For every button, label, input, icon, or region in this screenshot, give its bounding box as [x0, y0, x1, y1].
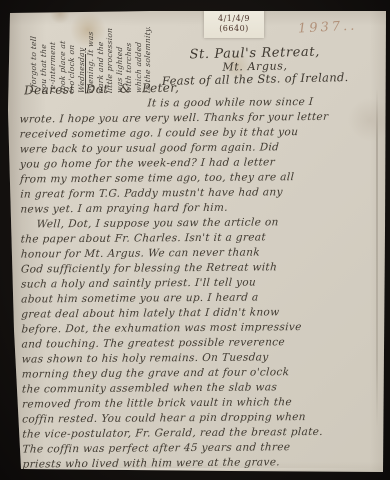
margin-note-line: little procession	[105, 1, 115, 94]
letter-body: It is a good while now since I wrote. I …	[19, 94, 374, 472]
archive-reference-label: 4/1/4/9 (6640)	[204, 10, 264, 38]
margin-note-line: dark and the	[96, 1, 106, 94]
margin-note-line: Wednesday	[77, 1, 87, 94]
salutation: Dearest Dot & Peter,	[24, 81, 180, 98]
body-line: priests who lived with him were at the g…	[22, 454, 375, 472]
margin-note-line: 6 o'clock on	[67, 1, 77, 94]
margin-note-line: re-interment	[48, 1, 58, 94]
margin-note-line: I forgot to tell	[29, 1, 39, 94]
paper-fold-line	[376, 88, 378, 428]
archive-item-number: (6640)	[219, 24, 249, 34]
margin-note-line: evening. It was	[86, 1, 96, 94]
letter-paper: 4/1/4/9 (6640) 1937.. I forgot to tell y…	[0, 0, 390, 480]
margin-note-line: was lighted	[115, 1, 125, 94]
margin-note-line: took place at	[58, 1, 68, 94]
photo-background: 4/1/4/9 (6640) 1937.. I forgot to tell y…	[0, 0, 390, 480]
year-annotation: 1937..	[298, 18, 358, 36]
margin-note-line: you that the	[39, 1, 49, 94]
archive-reference-code: 4/1/4/9	[218, 14, 250, 24]
